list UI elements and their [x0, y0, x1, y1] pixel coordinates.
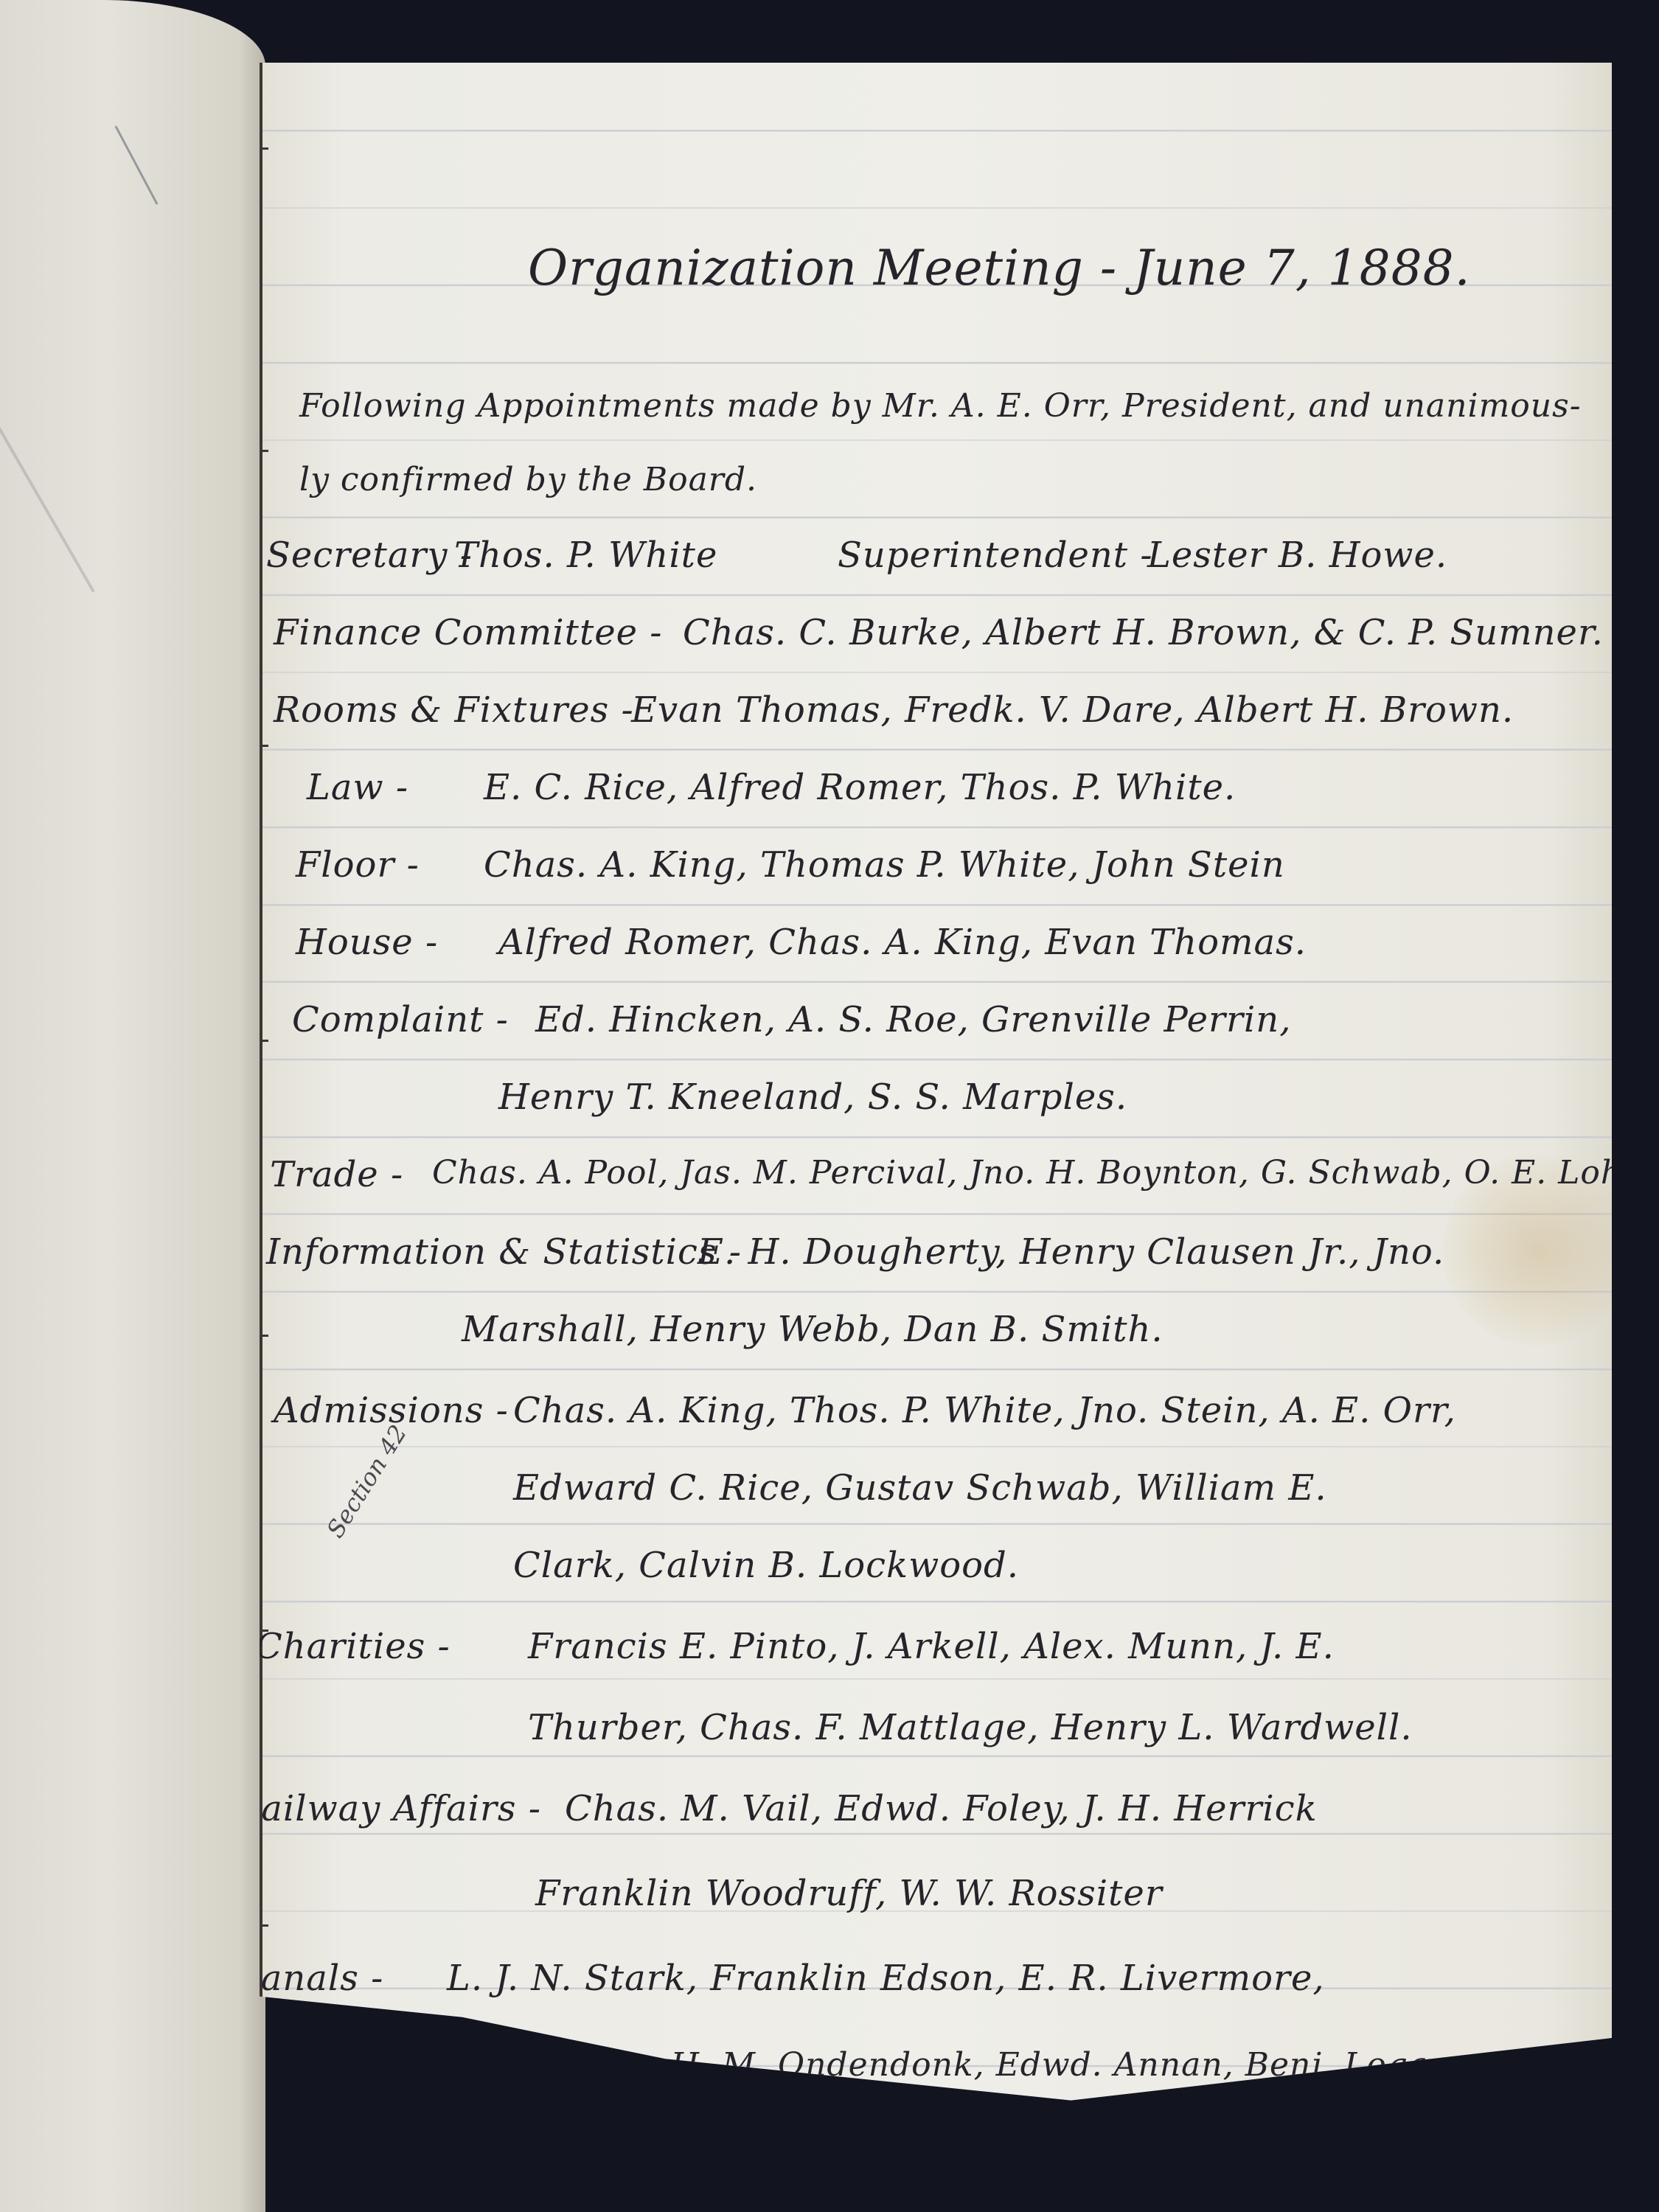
committee-names: Francis E. Pinto, J. Arkell, Alex. Munn,… [528, 1626, 1335, 1667]
committee-label: Information & Statistics - [266, 1231, 742, 1273]
pen-mark [115, 105, 198, 205]
committee-names: Franklin Woodruff, W. W. Rossiter [535, 1873, 1163, 1914]
margin-note: Section 42 [321, 1420, 412, 1543]
ledger-page: Organization Meeting - June 7, 1888. Fol… [260, 63, 1612, 2142]
committee-names: L. J. N. Stark, Franklin Edson, E. R. Li… [447, 1958, 1325, 1999]
committee-label: Complaint - [292, 999, 509, 1040]
committee-names: E. H. Dougherty, Henry Clausen Jr., Jno. [698, 1231, 1444, 1273]
officer-label-secretary: Secretary - [266, 535, 473, 576]
committee-label: Rooms & Fixtures - [274, 689, 634, 731]
binding-stitch [258, 450, 268, 452]
committee-names: Henry T. Kneeland, S. S. Marples. [498, 1077, 1127, 1118]
committee-names: Chas. M. Vail, Edwd. Foley, J. H. Herric… [565, 1788, 1318, 1829]
committee-names: Marshall, Henry Webb, Dan B. Smith. [462, 1309, 1164, 1350]
intro-line-2: ly confirmed by the Board. [299, 461, 757, 498]
committee-names: Edward C. Rice, Gustav Schwab, William E… [513, 1467, 1327, 1509]
committee-label: House - [296, 922, 438, 963]
officer-name-secretary: Thos. P. White [454, 535, 717, 576]
committee-names: Alfred Romer, Chas. A. King, Evan Thomas… [498, 922, 1307, 963]
committee-names: Thurber, Chas. F. Mattlage, Henry L. War… [528, 1707, 1413, 1748]
committee-names: Chas. A. Pool, Jas. M. Percival, Jno. H.… [432, 1154, 1659, 1192]
committee-names: Clark, Calvin B. Lockwood. [513, 1545, 1019, 1586]
committee-label: Charities - [255, 1626, 451, 1667]
committee-label: Law - [307, 767, 408, 808]
binding-stitch [258, 745, 268, 747]
binding-stitch [258, 1335, 268, 1337]
page-title: Organization Meeting - June 7, 1888. [528, 240, 1471, 296]
committee-names: J. E. Hedges, H. M. Ondendonk, Edwd. Ann… [439, 2046, 1450, 2084]
committee-label: Railway Affairs - [233, 1788, 541, 1829]
officer-label-superintendent: Superintendent - [838, 535, 1153, 576]
committee-names: E. C. Rice, Alfred Romer, Thos. P. White… [484, 767, 1236, 808]
officer-name-superintendent: Lester B. Howe. [1147, 535, 1447, 576]
committee-names: Chas. A. King, Thos. P. White, Jno. Stei… [513, 1390, 1456, 1431]
committee-label: Finance Committee - [274, 612, 663, 653]
facing-blank-page [0, 0, 265, 2212]
binding-stitch [258, 147, 268, 150]
committee-names: Evan Thomas, Fredk. V. Dare, Albert H. B… [631, 689, 1514, 731]
committee-names: Chas. A. King, Thomas P. White, John Ste… [484, 844, 1285, 886]
binding-stitch [258, 1040, 268, 1042]
committee-names: A. R. Gray. [439, 2087, 622, 2124]
committee-names: Ed. Hincken, A. S. Roe, Grenville Perrin… [535, 999, 1291, 1040]
binding-stitch [258, 1924, 268, 1927]
pencil-mark [0, 425, 95, 592]
committee-names: Chas. C. Burke, Albert H. Brown, & C. P.… [683, 612, 1604, 653]
intro-line-1: Following Appointments made by Mr. A. E.… [299, 387, 1582, 425]
committee-label: Floor - [296, 844, 420, 886]
committee-label: Trade - [270, 1154, 403, 1195]
